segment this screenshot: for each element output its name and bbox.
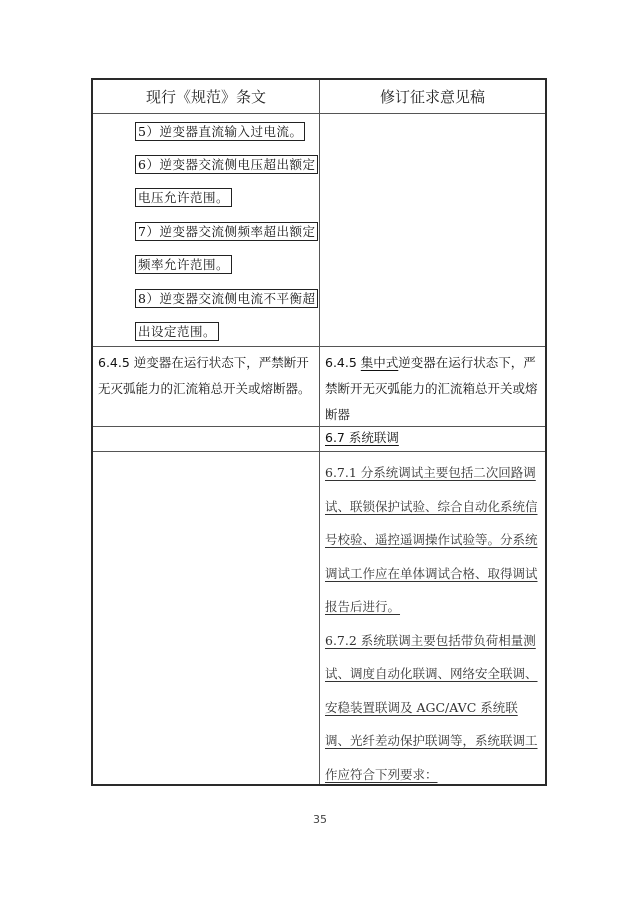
revised-clause-6-4-5: 6.4.5 集中式逆变器在运行状态下，严禁断开无灭弧能力的汇流箱总开关或熔断器 [320,347,545,426]
boxed-line: 频率允许范围。 [135,255,232,274]
inserted-text: 集中式 [361,355,399,370]
current-clause-6-4-5: 6.4.5 逆变器在运行状态下，严禁断开无灭弧能力的汇流箱总开关或熔断器。 [93,347,320,426]
table-row: 6.7 系统联调 [93,427,545,452]
boxed-line: 5）逆变器直流输入过电流。 [135,122,305,141]
clause-number: 6.4.5 [325,355,361,370]
current-cell [93,452,320,784]
current-cell [93,427,320,451]
boxed-line: 出设定范围。 [135,322,219,341]
header-current-spec: 现行《规范》条文 [93,80,320,113]
revised-cell [320,114,545,346]
table-row: 6.7.1 分系统调试主要包括二次回路调试、联锁保护试验、综合自动化系统信号校验… [93,452,545,784]
current-cell: 5）逆变器直流输入过电流。 6）逆变器交流侧电压超出额定 电压允许范围。 7）逆… [93,114,320,346]
comparison-table: 现行《规范》条文 修订征求意见稿 5）逆变器直流输入过电流。 6）逆变器交流侧电… [91,78,547,786]
header-revised-draft: 修订征求意见稿 [320,80,545,113]
boxed-line: 8）逆变器交流侧电流不平衡超 [135,289,318,308]
revised-cell: 6.7.1 分系统调试主要包括二次回路调试、联锁保护试验、综合自动化系统信号校验… [320,452,545,784]
clause-6-7-1: 6.7.1 分系统调试主要包括二次回路调试、联锁保护试验、综合自动化系统信号校验… [320,456,545,624]
boxed-line: 7）逆变器交流侧频率超出额定 [135,222,318,241]
table-header-row: 现行《规范》条文 修订征求意见稿 [93,80,545,114]
boxed-line: 6）逆变器交流侧电压超出额定 [135,155,318,174]
table-row: 5）逆变器直流输入过电流。 6）逆变器交流侧电压超出额定 电压允许范围。 7）逆… [93,114,545,347]
page-number: 35 [0,813,640,826]
table-row: 6.4.5 逆变器在运行状态下，严禁断开无灭弧能力的汇流箱总开关或熔断器。 6.… [93,347,545,427]
section-heading-6-7: 6.7 系统联调 [320,427,545,451]
clause-6-7-2: 6.7.2 系统联调主要包括带负荷相量测试、调度自动化联调、网络安全联调、安稳装… [320,624,545,792]
boxed-line: 电压允许范围。 [135,188,232,207]
